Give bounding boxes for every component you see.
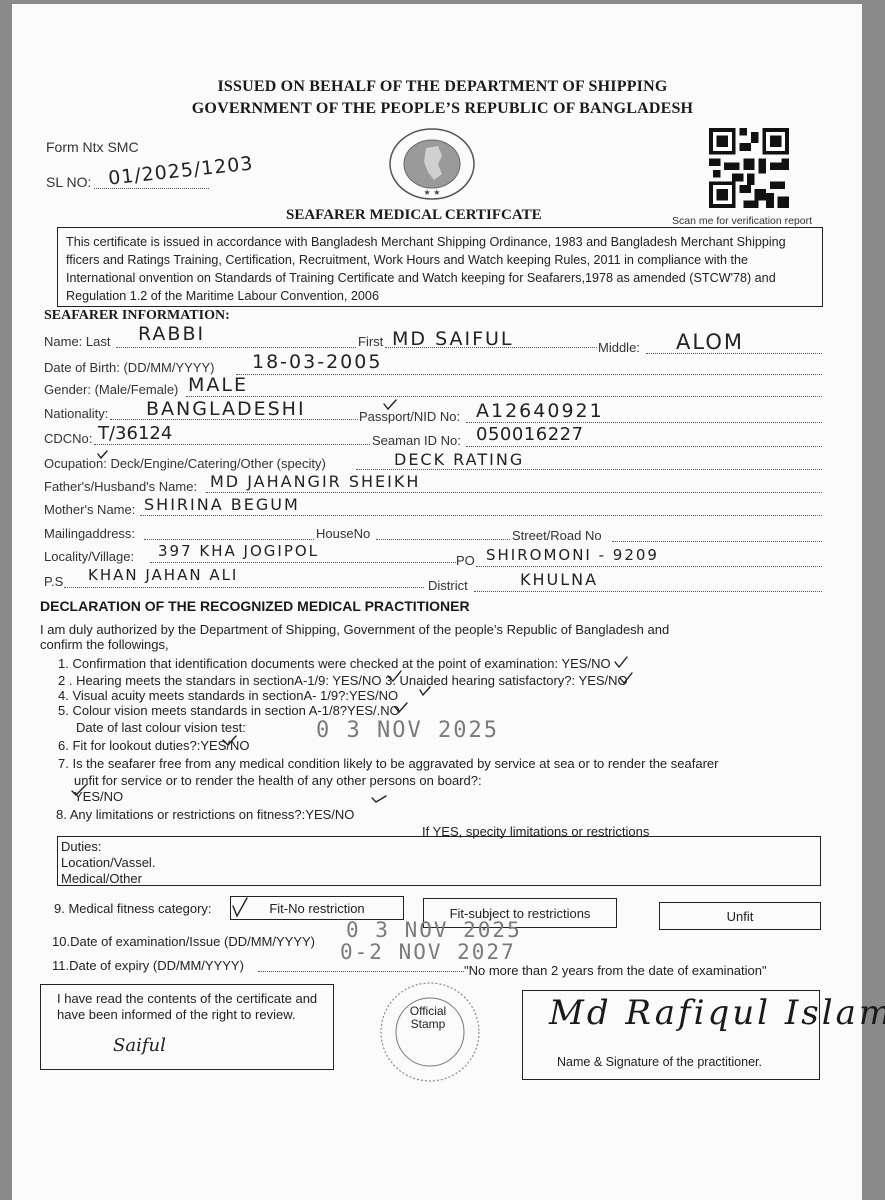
item-9-fitness-label: 9. Medical fitness category: [54, 901, 212, 916]
father-value: MD JAHANGIR SHEIKH [210, 472, 420, 491]
mailing-address-label: Mailingaddress: [44, 526, 135, 541]
government-seal-icon: ★ ★ [388, 128, 476, 200]
item-7-condition-line-1: 7. Is the seafarer free from any medical… [58, 756, 718, 771]
item-2-3-hearing: 2 . Hearing meets the standars in sectio… [58, 673, 628, 688]
street-road-label: Street/Road No [512, 528, 602, 543]
seaman-id-value: 050016227 [476, 424, 584, 445]
item-5-colour-vision: 5. Colour vision meets standards in sect… [58, 703, 400, 718]
official-stamp-icon [378, 980, 482, 1084]
official-stamp-label: Official Stamp [404, 1005, 452, 1031]
locality-value: 397 KHA JOGIPOL [158, 542, 319, 560]
item-4-visual-acuity: 4. Visual acuity meets standards in sect… [58, 688, 398, 703]
district-label: District [428, 578, 468, 593]
practitioner-signature: Md Rafiqul Islam [549, 993, 885, 1033]
po-label: PO [456, 553, 475, 568]
mother-value: SHIRINA BEGUM [144, 495, 300, 514]
cdc-label: CDCNo: [44, 431, 92, 446]
svg-text:★ ★: ★ ★ [424, 188, 441, 197]
legal-notice-text: This certificate is issued in accordance… [58, 228, 822, 310]
seafarer-signature: Saiful [113, 1035, 166, 1056]
dob-label: Date of Birth: (DD/MM/YYYY) [44, 360, 214, 375]
acknowledgement-box: I have read the contents of the certific… [40, 984, 334, 1070]
fitness-option-fit-no-restriction[interactable]: Fit-No restriction [230, 896, 404, 920]
nationality-value: BANGLADESHI [146, 398, 306, 420]
expiry-note: "No more than 2 years from the date of e… [464, 963, 767, 978]
issuer-line-1: ISSUED ON BEHALF OF THE DEPARTMENT OF SH… [0, 78, 885, 96]
colour-test-label: Date of last colour vision test: [76, 720, 246, 735]
restriction-location: Location/Vassel. [61, 855, 155, 870]
sl-label: SL NO: [46, 174, 91, 190]
form-label: Form Ntx SMC [46, 139, 139, 155]
nationality-label: Nationality: [44, 406, 108, 421]
cdc-value: T/36124 [98, 423, 172, 444]
certificate-title: SEAFARER MEDICAL CERTIFCATE [286, 207, 542, 224]
item-1-id-checked: 1. Confirmation that identification docu… [58, 656, 611, 671]
house-no-label: HouseNo [316, 526, 370, 541]
po-value: SHIROMONI - 9209 [486, 546, 659, 564]
name-last-value: RABBI [138, 323, 205, 345]
item-10-exam-date-label: 10.Date of examination/Issue (DD/MM/YYYY… [52, 934, 315, 949]
legal-notice-box: This certificate is issued in accordance… [57, 227, 823, 307]
fitness-option-unfit[interactable]: Unfit [659, 902, 821, 930]
restriction-medical: Medical/Other [61, 871, 142, 886]
declaration-intro-2: confirm the followings, [40, 637, 169, 652]
qr-caption: Scan me for verification report [672, 215, 812, 227]
issuer-line-2: GOVERNMENT OF THE PEOPLE’S REPUBLIC OF B… [0, 100, 885, 118]
colour-test-date-stamp: 0 3 NOV 2025 [316, 718, 499, 743]
seafarer-section-title: SEAFARER INFORMATION: [44, 308, 230, 324]
gender-label: Gender: (Male/Female) [44, 382, 178, 397]
locality-label: Locality/Village: [44, 549, 134, 564]
declaration-title: DECLARATION OF THE RECOGNIZED MEDICAL PR… [40, 598, 470, 614]
seaman-id-label: Seaman ID No: [372, 433, 461, 448]
name-middle-value: ALOM [676, 330, 744, 354]
passport-value: A12640921 [476, 400, 604, 422]
exam-date-stamp: 0 3 NOV 2025 [346, 918, 522, 942]
item-7-answer: YES/NO [74, 789, 123, 804]
police-station-value: KHAN JAHAN ALI [88, 566, 238, 584]
district-value: KHULNA [520, 570, 598, 589]
acknowledgement-text: I have read the contents of the certific… [57, 991, 321, 1023]
restriction-duties: Duties: [61, 839, 101, 854]
restrictions-box: Duties: Location/Vassel. Medical/Other [57, 836, 821, 886]
name-last-label: Name: Last [44, 334, 110, 349]
name-middle-label: Middle: [598, 340, 640, 355]
passport-label: Passport/NID No: [359, 409, 460, 424]
item-6-lookout: 6. Fit for lookout duties?:YES/NO [58, 738, 249, 753]
item-7-condition-line-2: unfit for service or to render the healt… [74, 773, 482, 788]
item-8-limitations: 8. Any limitations or restrictions on fi… [56, 807, 354, 822]
name-first-value: MD SAIFUL [392, 328, 514, 350]
occupation-label: Ocupation: Deck/Engine/Catering/Other (s… [44, 456, 326, 471]
gender-value: MALE [188, 374, 248, 396]
father-label: Father's/Husband's Name: [44, 479, 197, 494]
expiry-date-stamp: 0-2 NOV 2027 [340, 940, 516, 964]
name-first-label: First [358, 334, 383, 349]
item-11-expiry-label: 11.Date of expiry (DD/MM/YYYY) [52, 958, 244, 973]
police-station-label: P.S [44, 574, 63, 589]
practitioner-caption: Name & Signature of the practitioner. [557, 1055, 762, 1069]
dob-value: 18-03-2005 [252, 351, 382, 373]
occupation-value: DECK RATING [394, 450, 524, 469]
declaration-intro-1: I am duly authorized by the Department o… [40, 622, 669, 637]
practitioner-signature-box: Md Rafiqul Islam Name & Signature of the… [522, 990, 820, 1080]
qr-code-icon [706, 128, 792, 208]
mother-label: Mother's Name: [44, 502, 135, 517]
